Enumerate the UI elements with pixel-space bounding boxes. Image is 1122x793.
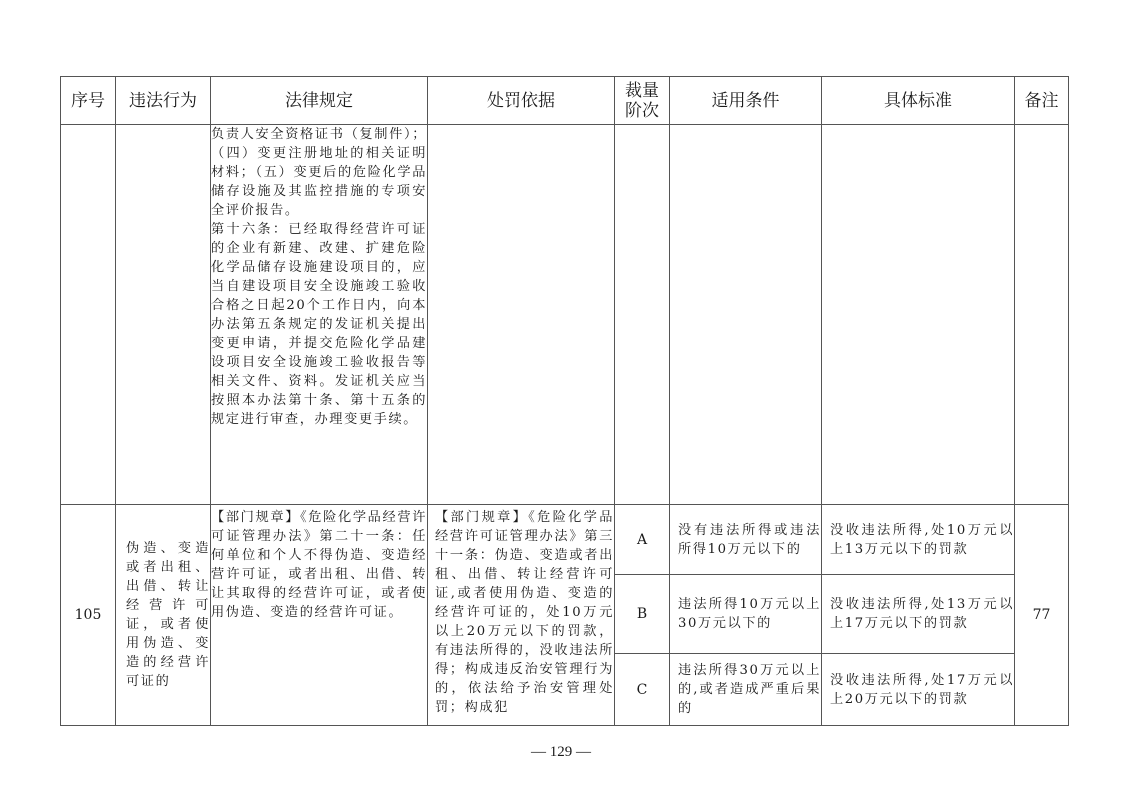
- header-violation: 违法行为: [116, 77, 211, 125]
- table-row-105-a: 105 伪造、变造或者出租、出借、转让经营许可证，或者使用伪造、变造的经营许可证…: [61, 505, 1069, 575]
- level-a: A: [615, 505, 670, 575]
- cont-legal-provision-text: 负责人安全资格证书（复制件）；（四）变更注册地址的相关证明材料；（五）变更后的危…: [211, 127, 427, 427]
- standard-b: 没收违法所得,处13万元以上17万元以下的罚款: [822, 575, 1015, 654]
- cont-level: [615, 125, 670, 505]
- cont-seq: [61, 125, 116, 505]
- continuation-row: 负责人安全资格证书（复制件）；（四）变更注册地址的相关证明材料；（五）变更后的危…: [61, 125, 1069, 505]
- cont-remarks: [1015, 125, 1069, 505]
- row-penalty-basis: 【部门规章】《危险化学品经营许可证管理办法》第三十一条：伪造、变造或者出租、出借…: [428, 505, 615, 726]
- standard-c: 没收违法所得,处17万元以上20万元以下的罚款: [822, 654, 1015, 726]
- standard-a: 没收违法所得,处10万元以上13万元以下的罚款: [822, 505, 1015, 575]
- condition-b: 违法所得10万元以上30万元以下的: [670, 575, 822, 654]
- header-legal-provision: 法律规定: [211, 77, 428, 125]
- cont-conditions: [670, 125, 822, 505]
- header-discretion-level-text: 裁量阶次: [622, 81, 662, 121]
- cont-violation: [116, 125, 211, 505]
- row-seq: 105: [61, 505, 116, 726]
- cont-legal-provision: 负责人安全资格证书（复制件）；（四）变更注册地址的相关证明材料；（五）变更后的危…: [211, 125, 428, 505]
- header-penalty-basis: 处罚依据: [428, 77, 615, 125]
- cont-penalty-basis: [428, 125, 615, 505]
- header-row: 序号 违法行为 法律规定 处罚依据 裁量阶次 适用条件 具体标准 备注: [61, 77, 1069, 125]
- page-number: — 129 —: [0, 744, 1122, 761]
- row-remarks: 77: [1015, 505, 1069, 726]
- header-seq: 序号: [61, 77, 116, 125]
- header-remarks: 备注: [1015, 77, 1069, 125]
- header-discretion-level: 裁量阶次: [615, 77, 670, 125]
- row-legal-provision: 【部门规章】《危险化学品经营许可证管理办法》第二十一条：任何单位和个人不得伪造、…: [211, 505, 428, 726]
- level-b: B: [615, 575, 670, 654]
- condition-a: 没有违法所得或违法所得10万元以下的: [670, 505, 822, 575]
- header-standard: 具体标准: [822, 77, 1015, 125]
- penalty-discretion-table: 序号 违法行为 法律规定 处罚依据 裁量阶次 适用条件 具体标准 备注 负责人安…: [60, 76, 1069, 726]
- condition-c: 违法所得30万元以上的,或者造成严重后果的: [670, 654, 822, 726]
- cont-standard: [822, 125, 1015, 505]
- row-violation: 伪造、变造或者出租、出借、转让经营许可证，或者使用伪造、变造的经营许可证的: [116, 505, 211, 726]
- level-c: C: [615, 654, 670, 726]
- header-conditions: 适用条件: [670, 77, 822, 125]
